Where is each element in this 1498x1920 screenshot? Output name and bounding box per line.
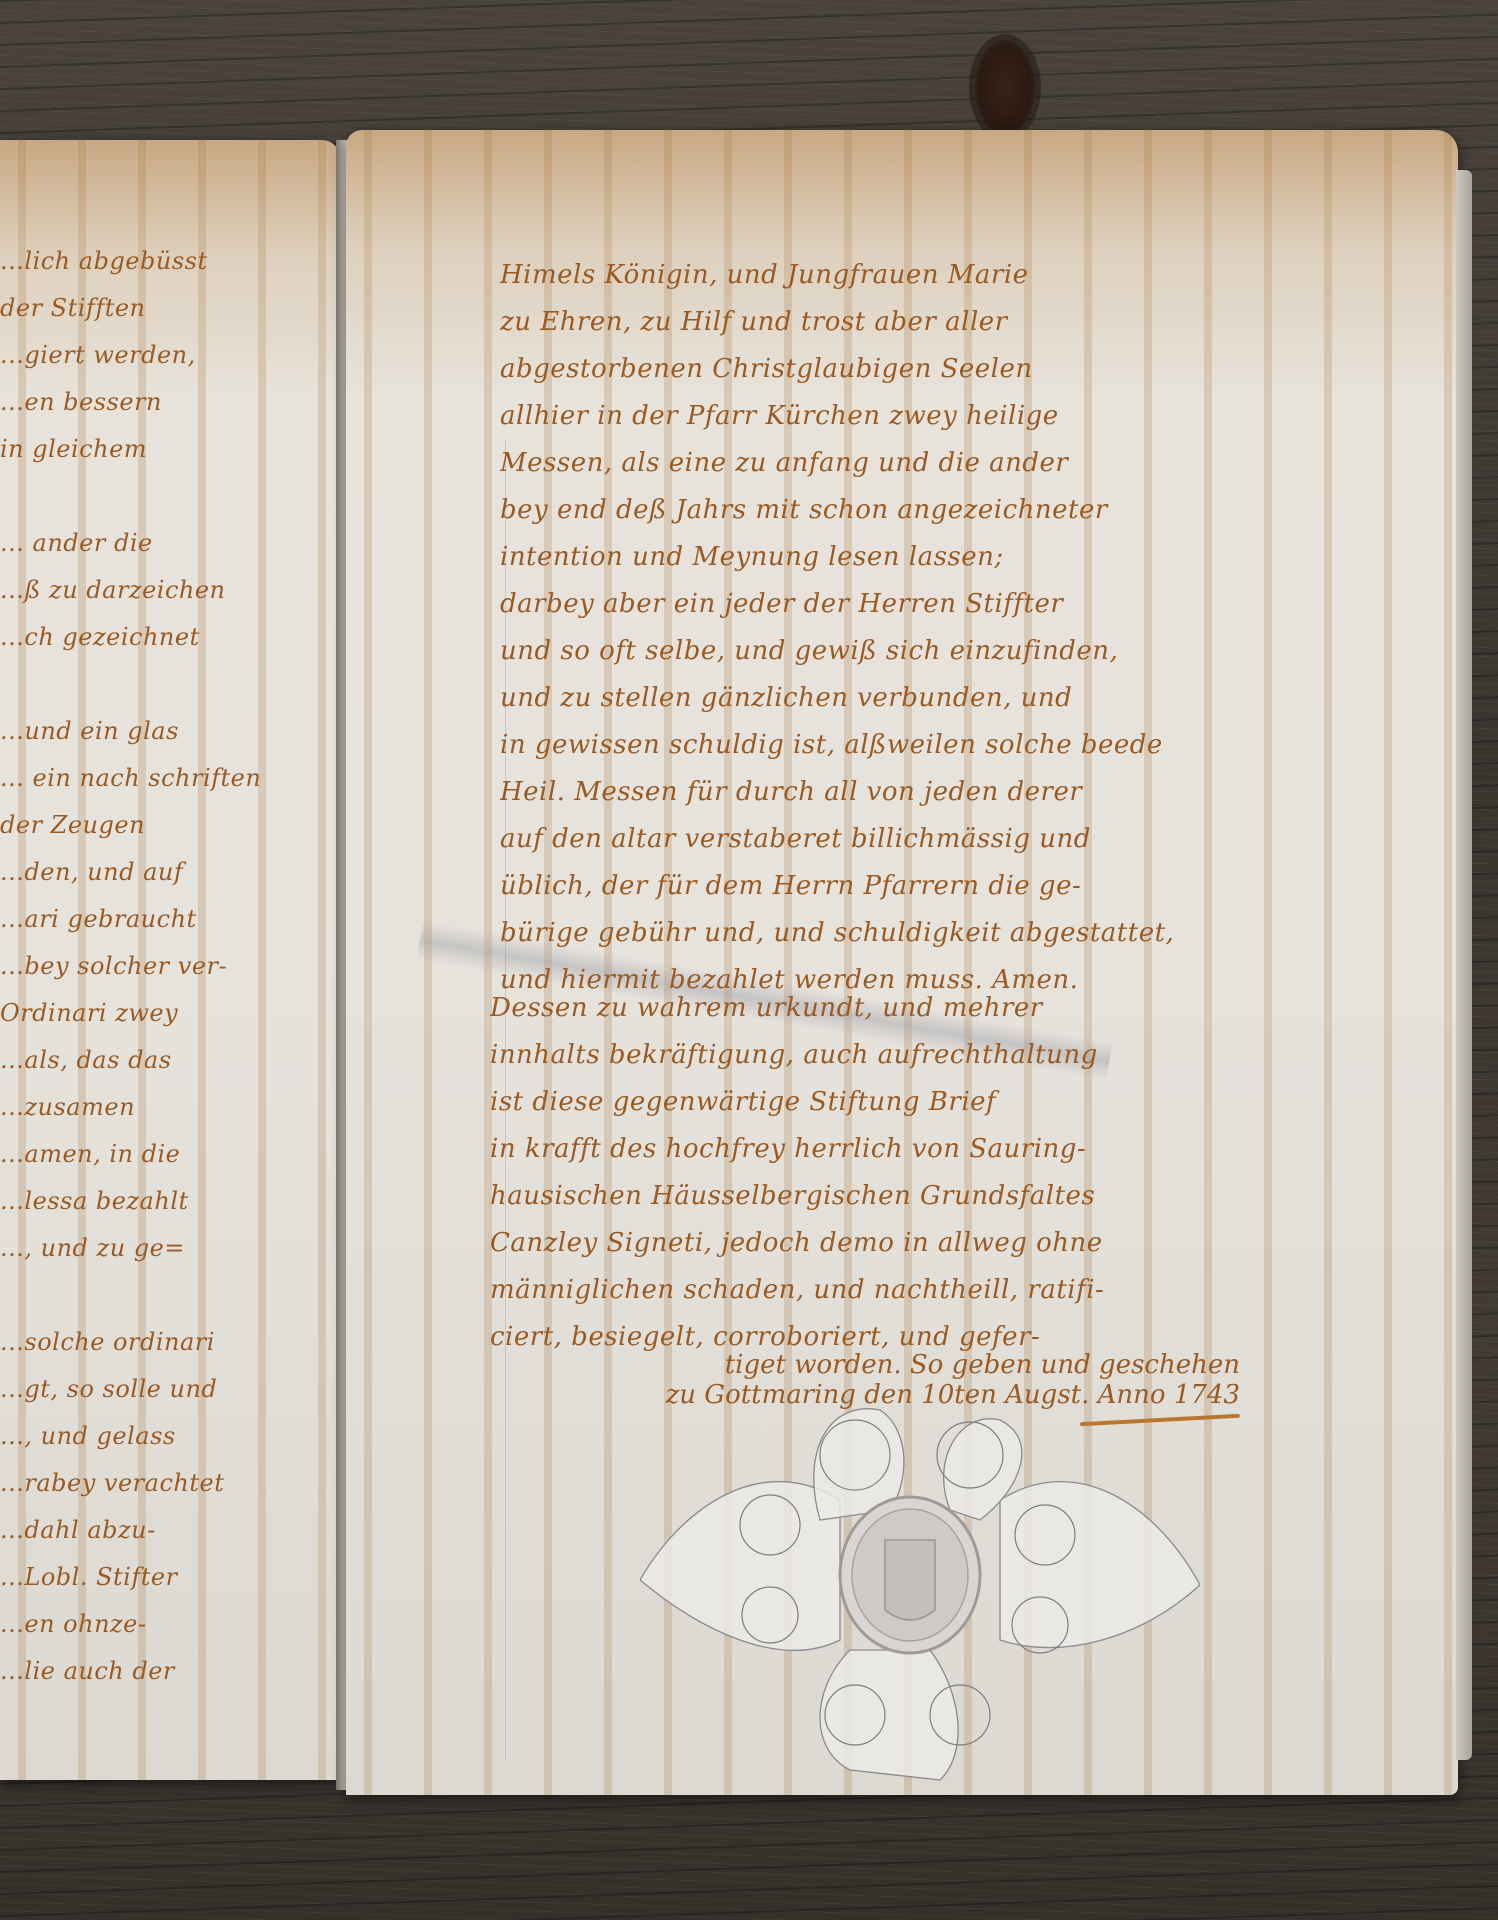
manuscript-line: ist diese gegenwärtige Stiftung Brief xyxy=(490,1079,1230,1126)
left-line: der Stifften xyxy=(0,285,310,332)
manuscript-line: bey end deß Jahrs mit schon angezeichnet… xyxy=(500,487,1230,534)
left-line: ... ander die xyxy=(0,520,310,567)
left-line: ...lessa bezahlt xyxy=(0,1178,310,1225)
left-line: ...lich abgebüsst xyxy=(0,238,310,285)
left-line: in gleichem xyxy=(0,426,310,473)
left-line: ...ch gezeichnet xyxy=(0,614,310,661)
manuscript-line: üblich, der für dem Herrn Pfarrern die g… xyxy=(500,863,1230,910)
manuscript-line: auf den altar verstaberet billichmässig … xyxy=(500,816,1230,863)
right-page-paragraph-1: Himels Königin, und Jungfrauen Marie zu … xyxy=(500,252,1230,1004)
left-line: ...ß zu darzeichen xyxy=(0,567,310,614)
left-line: ...gt, so solle und xyxy=(0,1366,310,1413)
wood-knot xyxy=(975,40,1035,135)
seal-rosette-icon xyxy=(640,1390,1200,1790)
manuscript-line: zu Ehren, zu Hilf und trost aber aller xyxy=(500,299,1230,346)
left-line: ...lie auch der xyxy=(0,1648,310,1695)
paper-wax-seal xyxy=(640,1390,1200,1790)
left-line: ...amen, in die xyxy=(0,1131,310,1178)
manuscript-line: in gewissen schuldig ist, alßweilen solc… xyxy=(500,722,1230,769)
manuscript-line: allhier in der Pfarr Kürchen zwey heilig… xyxy=(500,393,1230,440)
manuscript-line: und so oft selbe, und gewiß sich einzufi… xyxy=(500,628,1230,675)
manuscript-line: hausischen Häusselbergischen Grundsfalte… xyxy=(490,1173,1230,1220)
left-line: Ordinari zwey xyxy=(0,990,310,1037)
manuscript-line: darbey aber ein jeder der Herren Stiffte… xyxy=(500,581,1230,628)
left-line: ...dahl abzu- xyxy=(0,1507,310,1554)
manuscript-line: Dessen zu wahrem urkundt, und mehrer xyxy=(490,985,1230,1032)
manuscript-line: männiglichen schaden, und nachtheill, ra… xyxy=(490,1267,1230,1314)
manuscript-line: Heil. Messen für durch all von jeden der… xyxy=(500,769,1230,816)
left-line: ...giert werden, xyxy=(0,332,310,379)
left-line xyxy=(0,1272,310,1319)
left-line: der Zeugen xyxy=(0,802,310,849)
manuscript-line: Messen, als eine zu anfang und die ander xyxy=(500,440,1230,487)
left-line: ...ari gebraucht xyxy=(0,896,310,943)
left-line xyxy=(0,473,310,520)
left-page-text: ...lich abgebüsst der Stifften ...giert … xyxy=(0,238,310,1695)
closing-formula: tiget worden. So geben und geschehen xyxy=(520,1350,1240,1380)
left-line: ...den, und auf xyxy=(0,849,310,896)
manuscript-line: abgestorbenen Christglaubigen Seelen xyxy=(500,346,1230,393)
right-page-paragraph-2: Dessen zu wahrem urkundt, und mehrer inn… xyxy=(490,985,1230,1361)
left-line: ...zusamen xyxy=(0,1084,310,1131)
left-line: ...en ohnze- xyxy=(0,1601,310,1648)
left-line: ..., und zu ge= xyxy=(0,1225,310,1272)
left-line: ...und ein glas xyxy=(0,708,310,755)
left-line: ... ein nach schriften xyxy=(0,755,310,802)
left-line: ...bey solcher ver- xyxy=(0,943,310,990)
left-line xyxy=(0,661,310,708)
manuscript-line: Canzley Signeti, jedoch demo in allweg o… xyxy=(490,1220,1230,1267)
left-line: ...Lobl. Stifter xyxy=(0,1554,310,1601)
left-line: ...als, das das xyxy=(0,1037,310,1084)
manuscript-line: Himels Königin, und Jungfrauen Marie xyxy=(500,252,1230,299)
manuscript-line: in krafft des hochfrey herrlich von Saur… xyxy=(490,1126,1230,1173)
left-line: ..., und gelass xyxy=(0,1413,310,1460)
left-line: ...en bessern xyxy=(0,379,310,426)
manuscript-line: innhalts bekräftigung, auch aufrechthalt… xyxy=(490,1032,1230,1079)
left-line: ...solche ordinari xyxy=(0,1319,310,1366)
left-line: ...rabey verachtet xyxy=(0,1460,310,1507)
manuscript-line: intention und Meynung lesen lassen; xyxy=(500,534,1230,581)
manuscript-line: und zu stellen gänzlichen verbunden, und xyxy=(500,675,1230,722)
manuscript-line: bürige gebühr und, und schuldigkeit abge… xyxy=(500,910,1230,957)
